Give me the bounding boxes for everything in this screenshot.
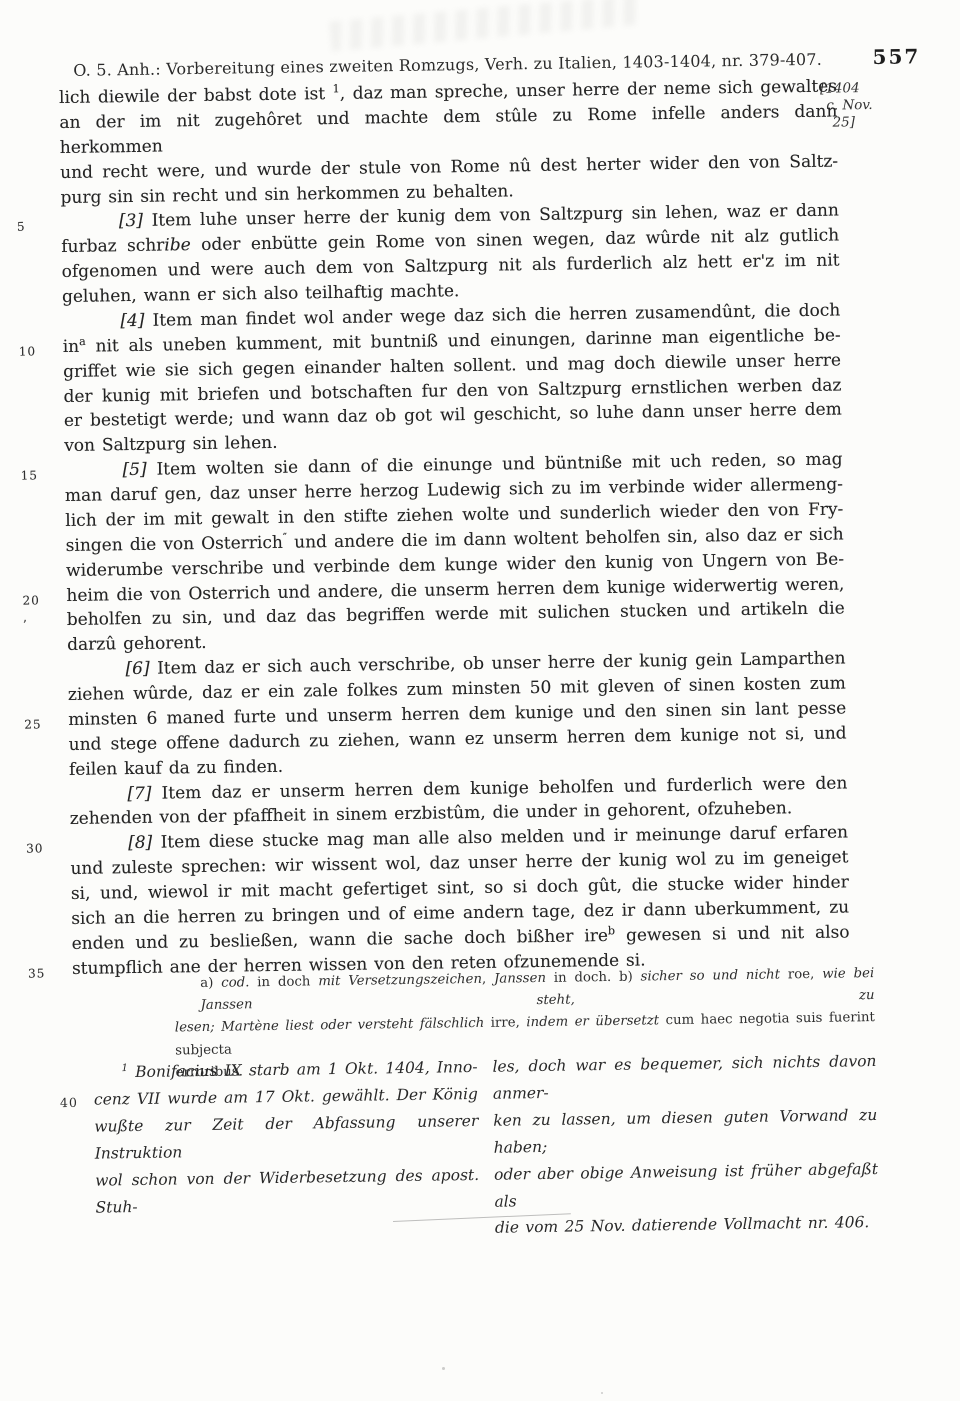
text-segment: an der im nit zugehôret und machte dem s… xyxy=(59,101,837,157)
text-segment: [5] xyxy=(122,460,146,480)
page-content: O. 5. Anh.: Vorbereitung eines zweiten R… xyxy=(0,0,960,1401)
text-segment: Bonifacius IX starb am 1 Okt. 1404, Inno… xyxy=(128,1058,478,1081)
text-segment: singen die von Osterrich xyxy=(66,533,283,556)
margin-line-number: 30 xyxy=(26,836,62,861)
text-segment: furbaz schr xyxy=(61,236,164,258)
text-segment: irre, xyxy=(484,1016,526,1032)
text-segment: ken zu lassen, um diesen guten Vorwand z… xyxy=(493,1106,877,1157)
text-segment: les, doch war es bequemer, sich nichts d… xyxy=(492,1052,876,1103)
footnote-line: wußte zur Zeit der Abfassung unserer Ins… xyxy=(94,1108,479,1168)
margin-line-number: 15 xyxy=(20,463,56,488)
text-segment: [6] xyxy=(125,659,149,679)
text-segment: geluhen, wann er sich also teilhaftig ma… xyxy=(62,281,460,307)
text-segment: cod. xyxy=(221,975,249,990)
text-segment: in doch. b) xyxy=(546,970,641,986)
text-segment: wußte zur Zeit der Abfassung unserer Ins… xyxy=(94,1112,478,1163)
text-segment: roe, xyxy=(780,967,822,983)
footnote-line: wol schon von der Widerbesetzung des apo… xyxy=(95,1162,480,1222)
text-segment: von Saltzpurg sin lehen. xyxy=(64,433,278,456)
text-segment: , xyxy=(482,972,494,987)
text-segment: gewesen si und nit also xyxy=(615,922,850,945)
text-segment: in doch xyxy=(249,974,318,990)
text-segment: die vom 25 Nov. datierende Vollmacht nr.… xyxy=(495,1214,870,1238)
text-segment: ibe xyxy=(164,235,191,255)
main-text-block: lich diewile der babst dote ist 1, daz m… xyxy=(59,75,850,982)
text-segment: lich diewile der babst dote ist xyxy=(59,84,333,108)
text-segment: [7] xyxy=(127,783,151,803)
text-segment: mit Versetzungszeichen xyxy=(318,972,482,989)
footnote-line: oder aber obige Anweisung ist früher abg… xyxy=(494,1156,879,1216)
text-segment: Martène liest oder versteht fälschlich xyxy=(221,1016,484,1035)
footnote-column-right: les, doch war es bequemer, sich nichts d… xyxy=(492,1048,879,1242)
text-segment: [3] xyxy=(119,211,143,231)
text-segment: feilen kauf da zu finden. xyxy=(69,756,283,779)
text-segment: darzû gehorent. xyxy=(67,633,207,655)
text-segment: cenz VII wurde am 17 Okt. gewählt. Der K… xyxy=(94,1085,478,1109)
margin-line-number: 25 xyxy=(24,712,60,737)
text-segment: a) xyxy=(200,976,221,991)
text-segment: [8] xyxy=(128,833,152,853)
margin-line-number: 20 xyxy=(22,588,58,613)
text-segment: [4] xyxy=(120,311,144,331)
text-segment: Janssen xyxy=(494,971,546,987)
margin-line-number: 35 xyxy=(28,961,64,986)
book-page-scan: O. 5. Anh.: Vorbereitung eines zweiten R… xyxy=(0,0,960,1401)
text-segment: lesen; xyxy=(175,1020,215,1036)
footnote-line: les, doch war es bequemer, sich nichts d… xyxy=(492,1048,877,1108)
footnote-column-left: 1 Bonifacius IX starb am 1 Okt. 1404, In… xyxy=(93,1054,479,1221)
text-segment: indem er übersetzt xyxy=(526,1014,659,1031)
text-segment: wol schon von der Widerbesetzung des apo… xyxy=(95,1166,479,1217)
page-number: 557 xyxy=(872,44,932,69)
margin-line-number: 5 xyxy=(17,215,53,240)
margin-line-number: 10 xyxy=(19,339,55,364)
margin-line-number: ’ xyxy=(23,612,59,637)
scan-speck xyxy=(442,1367,445,1370)
margin-line-number: 40 xyxy=(60,1090,88,1117)
scan-speck xyxy=(601,1392,603,1394)
text-segment: sicher so und nicht xyxy=(640,967,780,984)
text-segment: purg sin sin recht und sin herkommen zu … xyxy=(60,181,513,208)
footnote-line: ken zu lassen, um diesen guten Vorwand z… xyxy=(493,1102,878,1162)
text-segment: oder aber obige Anweisung ist früher abg… xyxy=(494,1160,878,1211)
text-segment: in xyxy=(63,337,80,357)
